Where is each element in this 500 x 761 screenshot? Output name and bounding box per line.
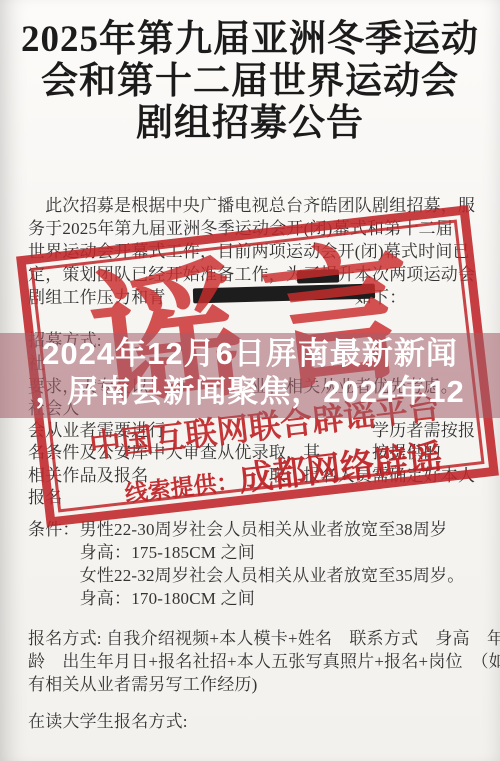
stamp-source-label: 线索提供： [123,468,240,507]
caption-line: 2024年12月6日屏南最新新闻 [0,335,500,373]
doc-text-line: 在读大学生报名方式: [28,712,490,732]
news-photo: 2025年第九届亚洲冬季运动 会和第十二届世界运动会 剧组招募公告 此次招募是根… [0,0,500,761]
doc-title-line: 剧组招募公告 [0,104,500,144]
stamp-source-value: 成都网络辟谣 [237,438,444,499]
doc-text-line: 女性22-32周岁社会人员相关从业者放宽至35周岁。 [28,566,490,586]
caption-line: ，屏南县新闻聚焦，2024年12 [0,373,500,411]
doc-text-line: 龄 出生年月日+报名社招+本人五张写真照片+报名+岗位 （如 [28,652,490,672]
caption-band: 2024年12月6日屏南最新新闻 ，屏南县新闻聚焦，2024年12 [0,333,500,418]
doc-text-line: 有相关从业者需另写工作经历) [28,675,490,695]
doc-text-line: 身高：170-180CM 之间 [28,589,490,609]
doc-text-line: 报名方式: 自我介绍视频+本人模卡+姓名 联系方式 身高 年 [28,629,490,649]
doc-title-line: 会和第十二届世界运动会 [0,62,500,102]
doc-title-line: 2025年第九届亚洲冬季运动 [0,20,500,60]
doc-text-line: 身高：175-185CM 之间 [28,543,490,563]
